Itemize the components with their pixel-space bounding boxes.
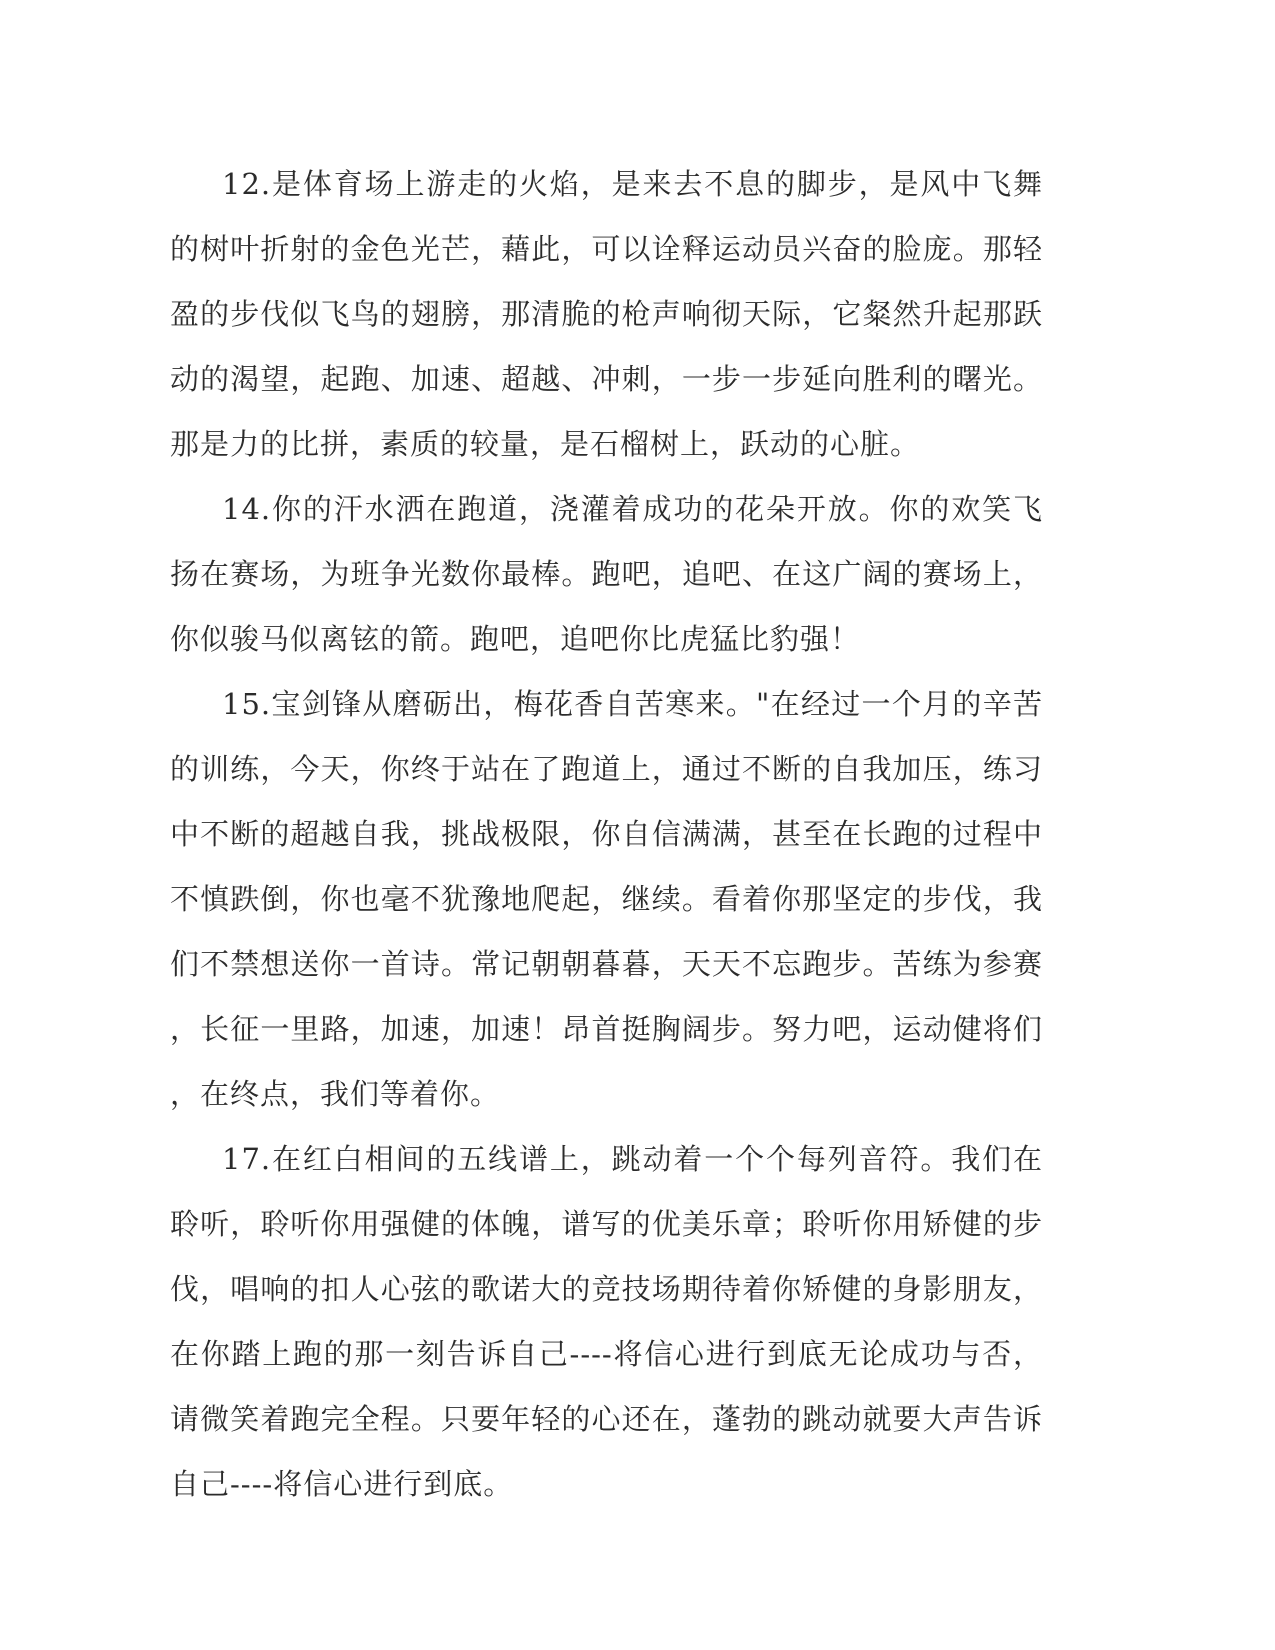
paragraph-12: 12.是体育场上游走的火焰，是来去不息的脚步，是风中飞舞的树叶折射的金色光芒，藉… — [170, 152, 1043, 477]
document-text-block: 12.是体育场上游走的火焰，是来去不息的脚步，是风中飞舞的树叶折射的金色光芒，藉… — [170, 152, 1043, 1517]
paragraph-14: 14.你的汗水洒在跑道，浇灌着成功的花朵开放。你的欢笑飞扬在赛场，为班争光数你最… — [170, 477, 1043, 672]
paragraph-15: 15.宝剑锋从磨砺出，梅花香自苦寒来。"在经过一个月的辛苦的训练，今天，你终于站… — [170, 672, 1043, 1127]
paragraph-17: 17.在红白相间的五线谱上，跳动着一个个每列音符。我们在聆听，聆听你用强健的体魄… — [170, 1127, 1043, 1517]
document-page: 12.是体育场上游走的火焰，是来去不息的脚步，是风中飞舞的树叶折射的金色光芒，藉… — [0, 0, 1275, 1650]
